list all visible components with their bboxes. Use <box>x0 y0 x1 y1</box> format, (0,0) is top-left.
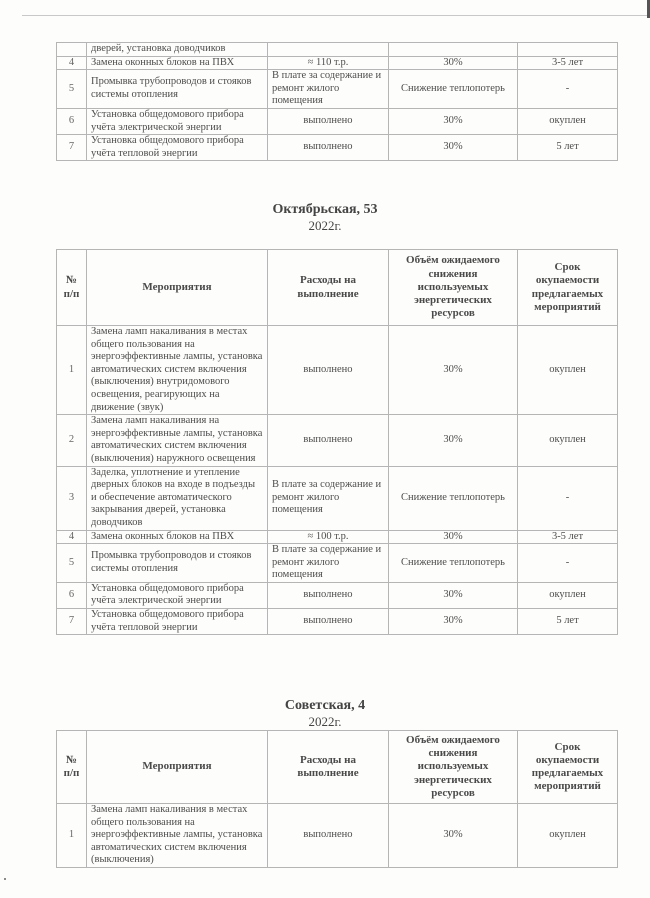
payback-cell: 5 лет <box>518 609 618 635</box>
cost-cell: выполнено <box>268 135 389 161</box>
table-row: 1Замена ламп накаливания в местах общего… <box>57 804 618 868</box>
measure-name: Заделка, уплотнение и утепление дверных … <box>87 466 268 530</box>
volume-cell: 30% <box>389 326 518 415</box>
payback-cell: окуплен <box>518 108 618 134</box>
volume-cell: 30% <box>389 135 518 161</box>
measure-name: дверей, установка доводчиков <box>87 43 268 57</box>
col-header-volume: Объём ожидаемого снижения используемых э… <box>389 250 518 326</box>
cost-cell: выполнено <box>268 582 389 608</box>
measure-name: Замена ламп накаливания в местах общего … <box>87 804 268 868</box>
table-row: 3Заделка, уплотнение и утепление дверных… <box>57 466 618 530</box>
payback-cell: - <box>518 70 618 109</box>
table-sovetskaya: № п/п Мероприятия Расходы на выполнение … <box>56 730 618 868</box>
measure-name: Замена ламп накаливания на энергоэффекти… <box>87 415 268 466</box>
col-header-volume: Объём ожидаемого снижения используемых э… <box>389 731 518 804</box>
section-title: Октябрьская, 53 <box>0 202 650 218</box>
section-year: 2022г. <box>0 714 650 729</box>
table-row: 5Промывка трубопроводов и стояков систем… <box>57 70 618 109</box>
cost-cell: В плате за содержание и ремонт жилого по… <box>268 544 389 583</box>
row-number: 6 <box>57 582 87 608</box>
volume-cell: 30% <box>389 530 518 544</box>
table-row: 6Установка общедомового прибора учёта эл… <box>57 108 618 134</box>
measure-name: Установка общедомового прибора учёта теп… <box>87 609 268 635</box>
col-header-cost: Расходы на выполнение <box>268 250 389 326</box>
measure-name: Установка общедомового прибора учёта эле… <box>87 582 268 608</box>
section-year: 2022г. <box>0 218 650 233</box>
row-number <box>57 43 87 57</box>
cost-cell: выполнено <box>268 804 389 868</box>
row-number: 5 <box>57 544 87 583</box>
table-row: 5Промывка трубопроводов и стояков систем… <box>57 544 618 583</box>
row-number: 1 <box>57 804 87 868</box>
volume-cell: 30% <box>389 108 518 134</box>
measure-name: Промывка трубопроводов и стояков системы… <box>87 544 268 583</box>
row-number: 4 <box>57 56 87 70</box>
col-header-payback: Срок окупаемости предлагаемых мероприяти… <box>518 731 618 804</box>
cost-cell: выполнено <box>268 108 389 134</box>
measure-name: Замена оконных блоков на ПВХ <box>87 530 268 544</box>
row-number: 5 <box>57 70 87 109</box>
table-row: дверей, установка доводчиков <box>57 43 618 57</box>
col-header-measures: Мероприятия <box>87 250 268 326</box>
measure-name: Установка общедомового прибора учёта теп… <box>87 135 268 161</box>
payback-cell: 5 лет <box>518 135 618 161</box>
payback-cell: 3-5 лет <box>518 530 618 544</box>
payback-cell: 3-5 лет <box>518 56 618 70</box>
measure-name: Промывка трубопроводов и стояков системы… <box>87 70 268 109</box>
volume-cell: 30% <box>389 415 518 466</box>
volume-cell: Снижение теплопотерь <box>389 544 518 583</box>
row-number: 7 <box>57 135 87 161</box>
payback-cell: окуплен <box>518 804 618 868</box>
section-heading-oktyabrskaya: Октябрьская, 53 2022г. <box>0 202 650 233</box>
table-row: 4Замена оконных блоков на ПВХ≈ 110 т.р.3… <box>57 56 618 70</box>
col-header-payback: Срок окупаемости предлагаемых мероприяти… <box>518 250 618 326</box>
table-row: 7Установка общедомового прибора учёта те… <box>57 135 618 161</box>
section-title: Советская, 4 <box>0 698 650 714</box>
table-row: 7Установка общедомового прибора учёта те… <box>57 609 618 635</box>
volume-cell: 30% <box>389 582 518 608</box>
row-number: 4 <box>57 530 87 544</box>
col-header-cost: Расходы на выполнение <box>268 731 389 804</box>
payback-cell: окуплен <box>518 582 618 608</box>
volume-cell: Снижение теплопотерь <box>389 70 518 109</box>
payback-cell <box>518 43 618 57</box>
volume-cell: 30% <box>389 56 518 70</box>
cost-cell <box>268 43 389 57</box>
scan-edge-line <box>22 15 650 16</box>
table-row: 6Установка общедомового прибора учёта эл… <box>57 582 618 608</box>
volume-cell: 30% <box>389 804 518 868</box>
row-number: 7 <box>57 609 87 635</box>
volume-cell <box>389 43 518 57</box>
row-number: 2 <box>57 415 87 466</box>
payback-cell: окуплен <box>518 415 618 466</box>
cost-cell: В плате за содержание и ремонт жилого по… <box>268 466 389 530</box>
payback-cell: окуплен <box>518 326 618 415</box>
cost-cell: ≈ 100 т.р. <box>268 530 389 544</box>
measure-name: Замена оконных блоков на ПВХ <box>87 56 268 70</box>
table-row: 1Замена ламп накаливания в местах общего… <box>57 326 618 415</box>
row-number: 1 <box>57 326 87 415</box>
cost-cell: ≈ 110 т.р. <box>268 56 389 70</box>
table-oktyabrskaya: № п/п Мероприятия Расходы на выполнение … <box>56 249 618 635</box>
payback-cell: - <box>518 466 618 530</box>
row-number: 3 <box>57 466 87 530</box>
measure-name: Замена ламп накаливания в местах общего … <box>87 326 268 415</box>
table-row: 4Замена оконных блоков на ПВХ≈ 100 т.р.3… <box>57 530 618 544</box>
cost-cell: выполнено <box>268 609 389 635</box>
cost-cell: выполнено <box>268 326 389 415</box>
table-row: 2Замена ламп накаливания на энергоэффект… <box>57 415 618 466</box>
measure-name: Установка общедомового прибора учёта эле… <box>87 108 268 134</box>
payback-cell: - <box>518 544 618 583</box>
cost-cell: В плате за содержание и ремонт жилого по… <box>268 70 389 109</box>
cost-cell: выполнено <box>268 415 389 466</box>
section-heading-sovetskaya: Советская, 4 2022г. <box>0 698 650 729</box>
scan-speck <box>4 878 6 880</box>
row-number: 6 <box>57 108 87 134</box>
col-header-num: № п/п <box>57 250 87 326</box>
col-header-measures: Мероприятия <box>87 731 268 804</box>
table-continuation: дверей, установка доводчиков4Замена окон… <box>56 42 618 161</box>
volume-cell: Снижение теплопотерь <box>389 466 518 530</box>
volume-cell: 30% <box>389 609 518 635</box>
col-header-num: № п/п <box>57 731 87 804</box>
